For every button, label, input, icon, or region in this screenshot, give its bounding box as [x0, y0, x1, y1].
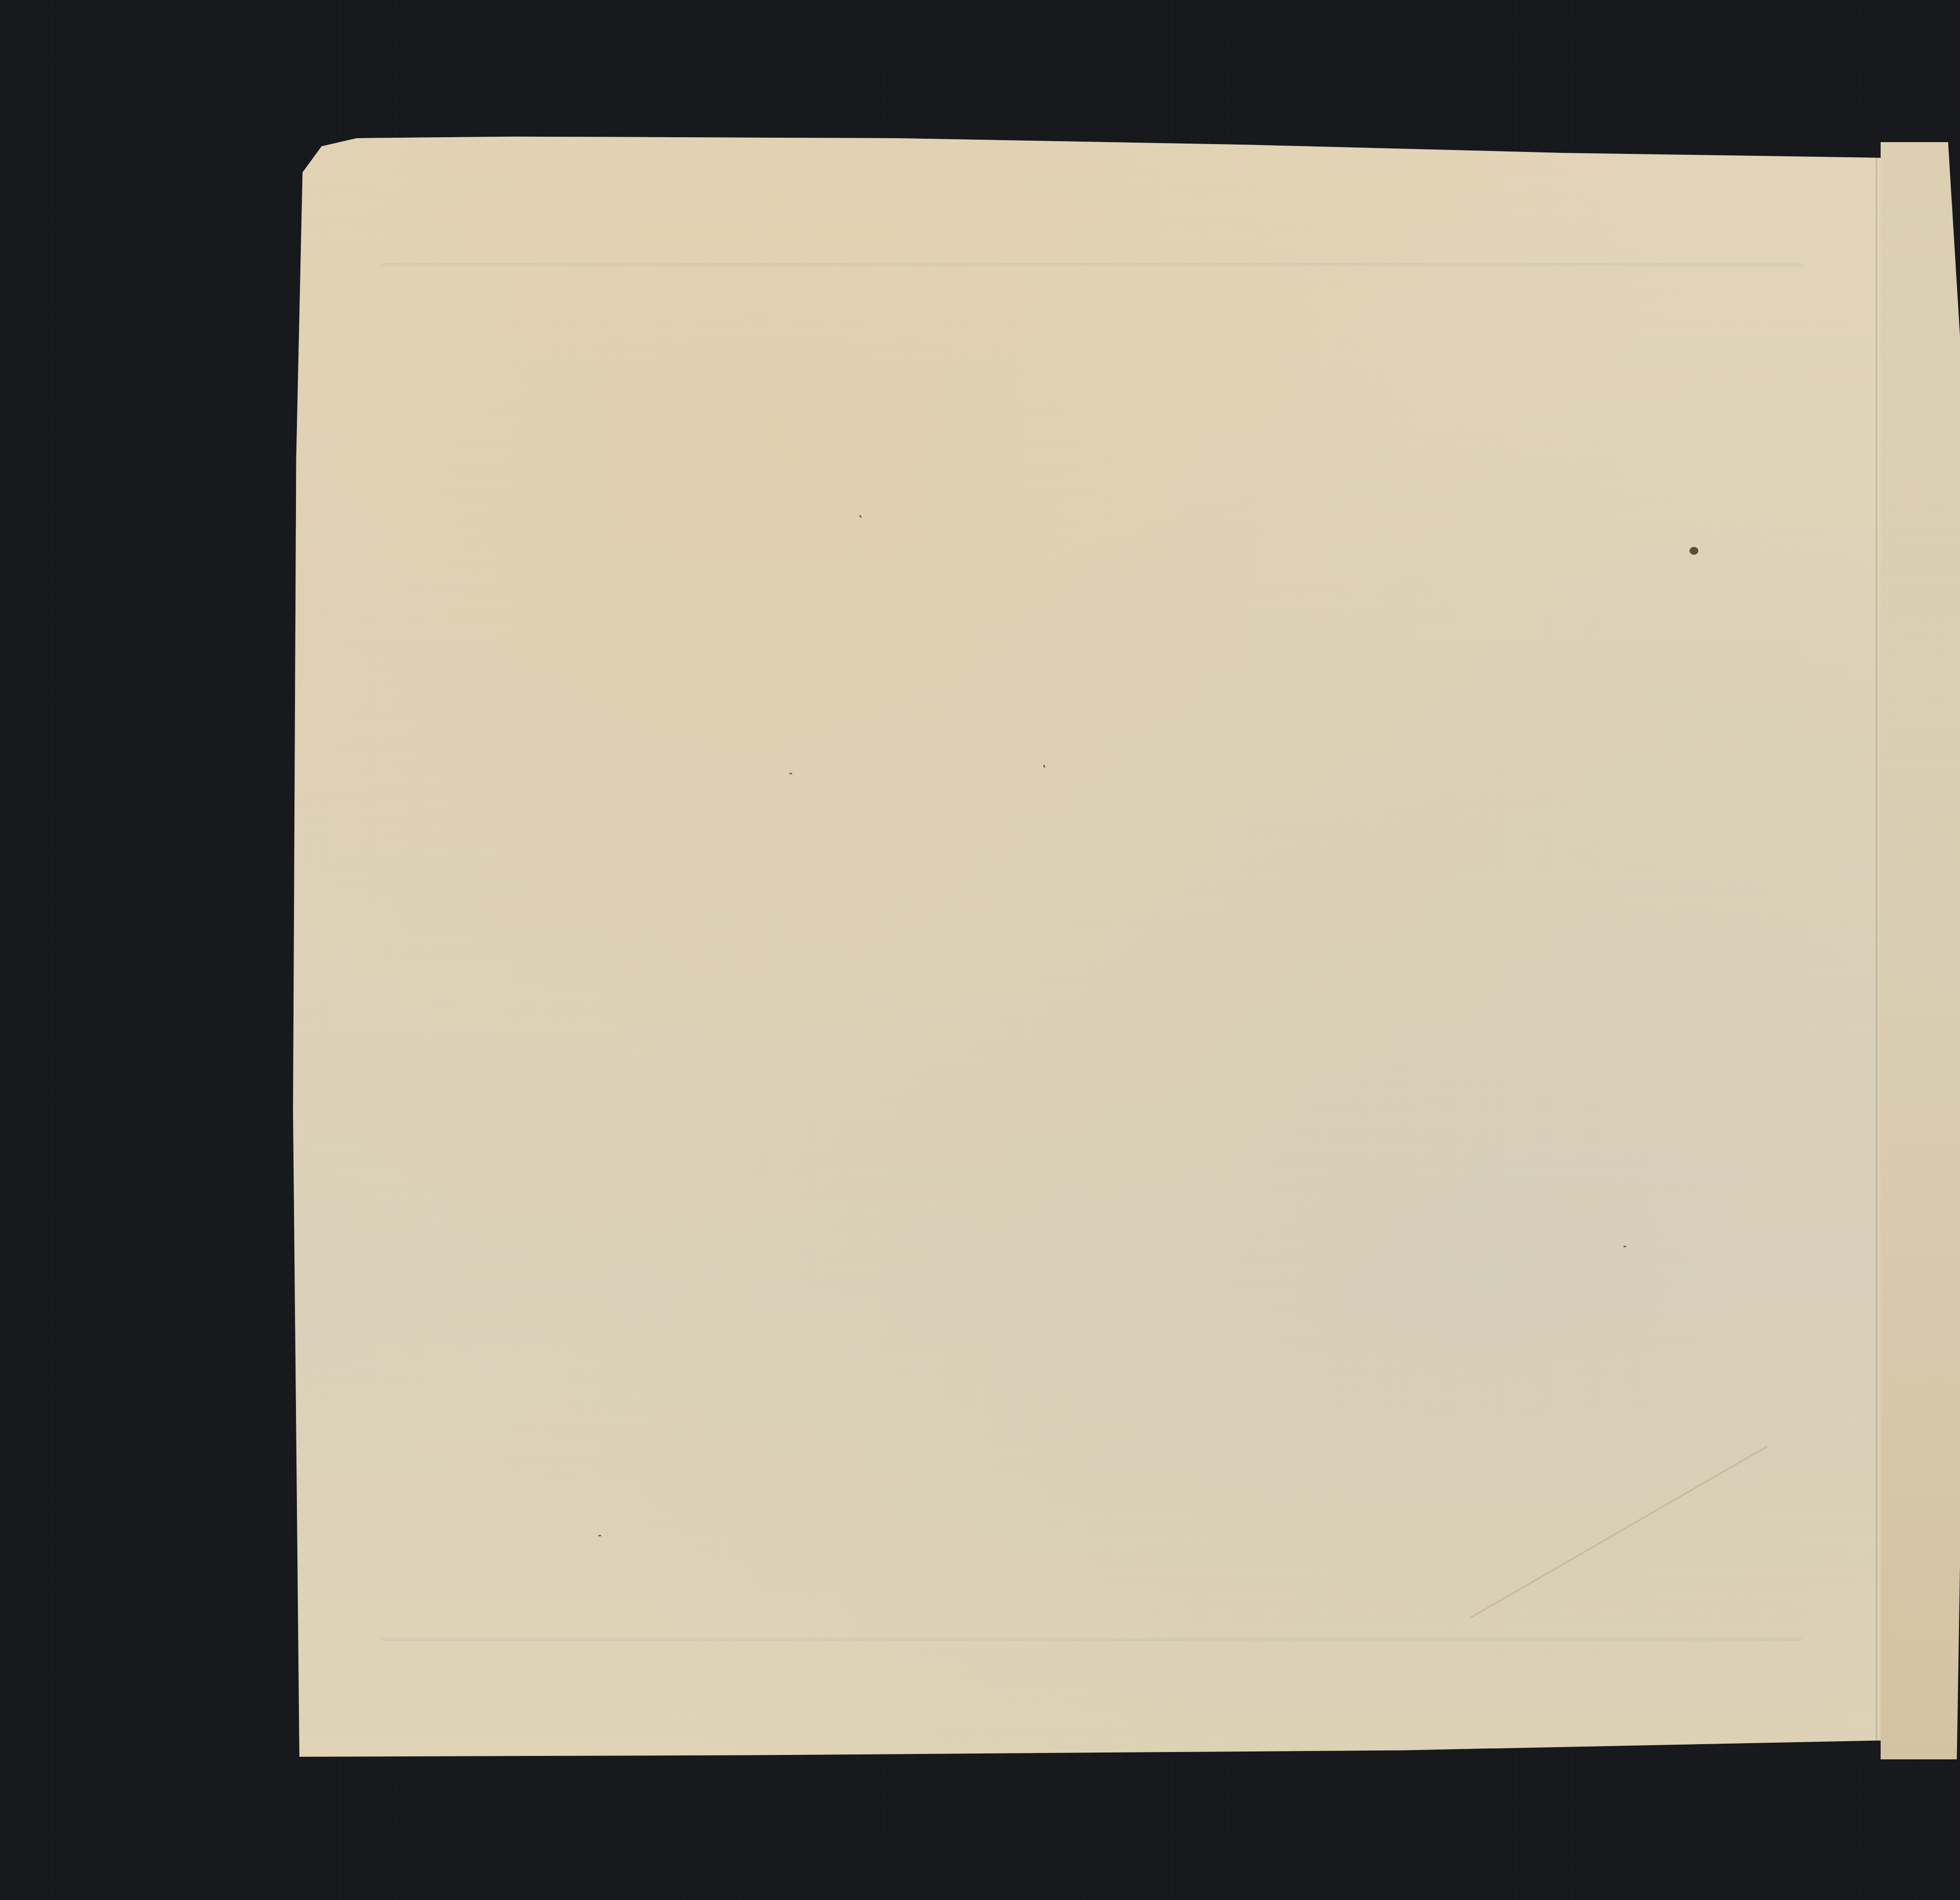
vertical-fold-crease [1876, 133, 1877, 1763]
paper-speck [598, 1535, 601, 1536]
paper-speck [859, 515, 862, 518]
paper-speck [789, 773, 792, 774]
faint-bleed-through-line [381, 263, 1802, 266]
faint-bleed-through-line [381, 1638, 1802, 1641]
attached-paper-strip [1881, 142, 1960, 1759]
paper-speck [1043, 765, 1046, 768]
paper-speck [1623, 1246, 1626, 1247]
ink-stain-dot [1690, 547, 1698, 555]
